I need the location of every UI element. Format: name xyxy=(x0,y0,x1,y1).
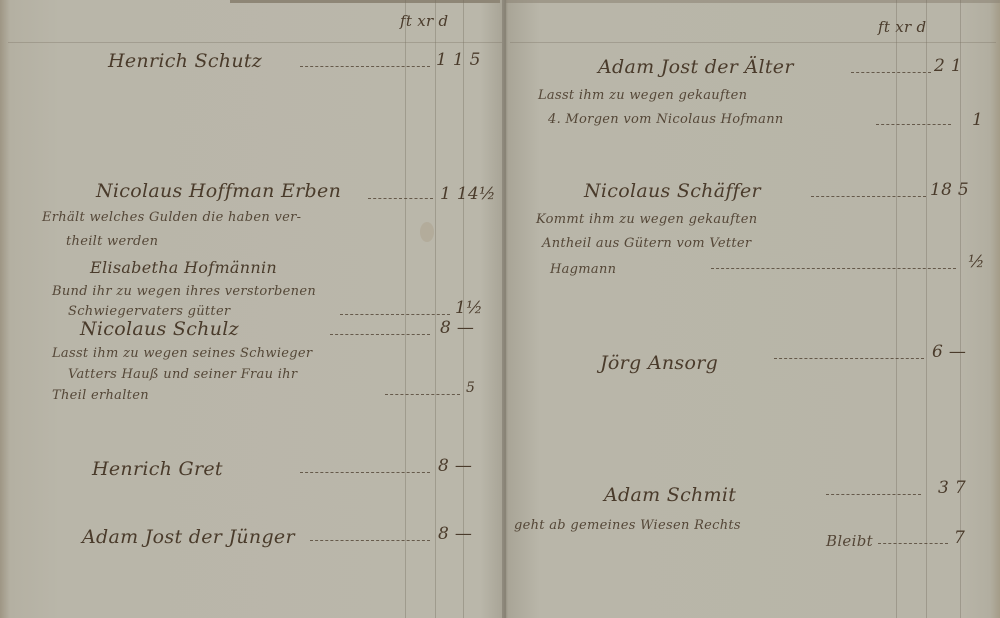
column-rule xyxy=(960,0,961,618)
entry-note: 4. Morgen vom Nicolaus Hofmann xyxy=(548,112,784,127)
column-header: ft xr d xyxy=(400,12,448,30)
entry-note: geht ab gemeines Wiesen Rechts xyxy=(514,518,741,533)
entry-name: Nicolaus Schäffer xyxy=(584,180,761,202)
header-rule xyxy=(8,42,502,43)
entry-name: Elisabetha Hofmännin xyxy=(90,258,277,277)
entry-amount: 1 14½ xyxy=(440,184,496,204)
entry-name: Nicolaus Schulz xyxy=(80,318,239,340)
entry-note: Bund ihr zu wegen ihres verstorbenen xyxy=(52,284,316,299)
entry-name: Adam Jost der Älter xyxy=(598,56,794,78)
entry-note: Hagmann xyxy=(550,262,616,277)
entry-sub-label: Bleibt xyxy=(826,532,873,550)
left-page: ft xr d Henrich Schutz 1 1 5 Nicolaus Ho… xyxy=(0,0,504,618)
entry-amount: 8 — xyxy=(438,456,472,476)
entry-amount: 18 5 xyxy=(930,180,969,200)
leader-line xyxy=(851,72,931,74)
entry-name: Adam Schmit xyxy=(604,484,736,506)
entry-sub-amount: ½ xyxy=(968,252,985,272)
leader-line xyxy=(330,334,430,336)
leader-line xyxy=(711,268,956,270)
header-rule xyxy=(510,42,996,43)
entry-amount: 6 — xyxy=(932,342,966,362)
leader-line xyxy=(368,198,433,200)
column-rule xyxy=(435,0,436,618)
leader-line xyxy=(310,540,430,542)
column-rule xyxy=(405,0,406,618)
leader-line xyxy=(826,494,921,496)
leader-line xyxy=(385,394,460,396)
column-rule xyxy=(926,0,927,618)
paper-stain xyxy=(420,222,434,242)
column-rule xyxy=(896,0,897,618)
entry-sub-amount: 1 xyxy=(972,110,983,130)
entry-amount: 8 — xyxy=(440,318,474,338)
entry-amount: 2 1 xyxy=(934,56,962,76)
entry-amount: 1 1 5 xyxy=(436,50,481,70)
leader-line xyxy=(811,196,926,198)
entry-name: Henrich Schutz xyxy=(108,50,262,72)
leader-line xyxy=(300,66,430,68)
entry-name: Adam Jost der Jünger xyxy=(82,526,295,548)
entry-note: Vatters Hauß und seiner Frau ihr xyxy=(68,367,297,382)
entry-note: Lasst ihm zu wegen gekauften xyxy=(538,88,747,103)
ledger-spread: ft xr d Henrich Schutz 1 1 5 Nicolaus Ho… xyxy=(0,0,1000,618)
leader-line xyxy=(300,472,430,474)
entry-note: Erhält welches Gulden die haben ver- xyxy=(42,210,301,225)
right-page: ft xr d Adam Jost der Älter Lasst ihm zu… xyxy=(506,0,1000,618)
entry-name: Jörg Ansorg xyxy=(600,352,718,374)
leader-line xyxy=(340,314,450,316)
entry-note: Theil erhalten xyxy=(52,388,149,403)
entry-note: Kommt ihm zu wegen gekauften xyxy=(536,212,757,227)
leader-line xyxy=(876,124,951,126)
entry-amount: 8 — xyxy=(438,524,472,544)
entry-note: Antheil aus Gütern vom Vetter xyxy=(542,236,751,251)
leader-line xyxy=(774,358,924,360)
entry-note: theilt werden xyxy=(66,234,158,249)
entry-amount: 3 7 xyxy=(938,478,966,498)
entry-note: Lasst ihm zu wegen seines Schwieger xyxy=(52,346,312,361)
entry-name: Nicolaus Hoffman Erben xyxy=(96,180,341,202)
entry-sub-amount: 7 xyxy=(954,528,965,548)
entry-sub-amount: 5 xyxy=(466,380,475,396)
entry-note: Schwiegervaters gütter xyxy=(68,304,230,319)
entry-amount: 1½ xyxy=(455,298,483,318)
column-header: ft xr d xyxy=(878,18,926,36)
entry-name: Henrich Gret xyxy=(92,458,223,480)
leader-line xyxy=(878,543,948,545)
